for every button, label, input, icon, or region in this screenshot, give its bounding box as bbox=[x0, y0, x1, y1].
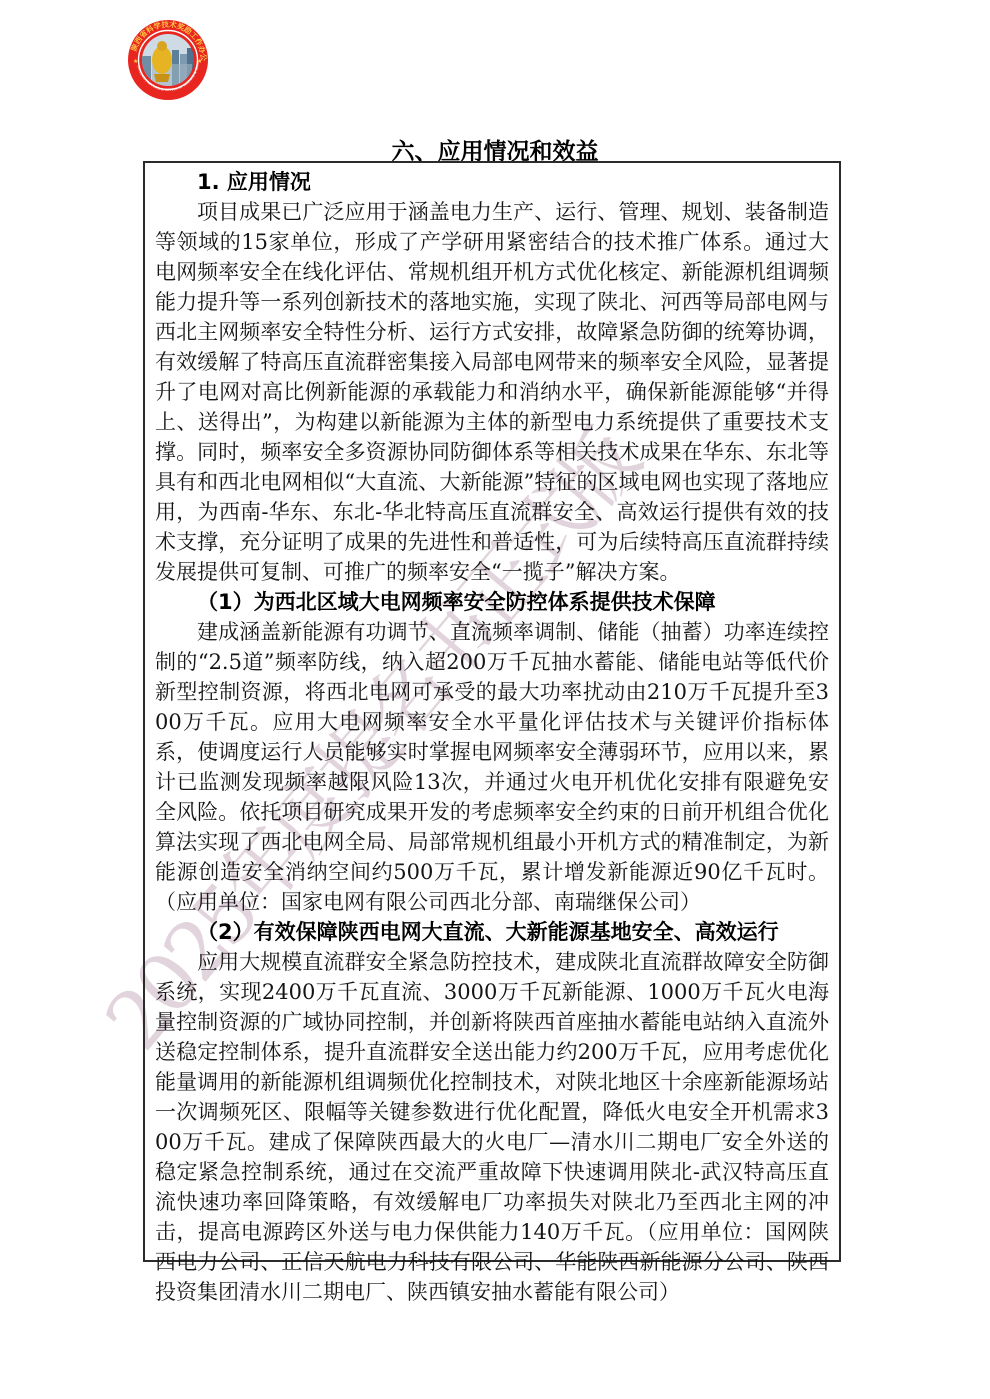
application-overview-paragraph: 项目成果已广泛应用于涵盖电力生产、运行、管理、规划、装备制造等领域的15家单位，… bbox=[155, 197, 829, 587]
subsection-2-heading: （2）有效保障陕西电网大直流、大新能源基地安全、高效运行 bbox=[155, 917, 829, 947]
shaanxi-grid-paragraph: 应用大规模直流群安全紧急防控技术，建成陕北直流群故障安全防御系统，实现2400万… bbox=[155, 947, 829, 1307]
section-1-heading: 1. 应用情况 bbox=[155, 167, 829, 197]
subsection-1-heading: （1）为西北区域大电网频率安全防控体系提供技术保障 bbox=[155, 587, 829, 617]
content-box: 1. 应用情况 项目成果已广泛应用于涵盖电力生产、运行、管理、规划、装备制造等领… bbox=[143, 161, 841, 1262]
seal-graphic: 陕西省科学技术奖励工作办公室 SHAANXI PROVINCIAL OFFICE… bbox=[128, 20, 208, 100]
award-office-seal-icon: 陕西省科学技术奖励工作办公室 SHAANXI PROVINCIAL OFFICE… bbox=[128, 20, 208, 100]
seal-star-right-icon: ★ bbox=[197, 58, 202, 65]
northwest-grid-paragraph: 建成涵盖新能源有功调节、直流频率调制、储能（抽蓄）功率连续控制的“2.5道”频率… bbox=[155, 617, 829, 917]
document-page: 陕西省科学技术奖励工作办公室 SHAANXI PROVINCIAL OFFICE… bbox=[0, 0, 990, 1399]
seal-star-left-icon: ★ bbox=[133, 58, 138, 65]
